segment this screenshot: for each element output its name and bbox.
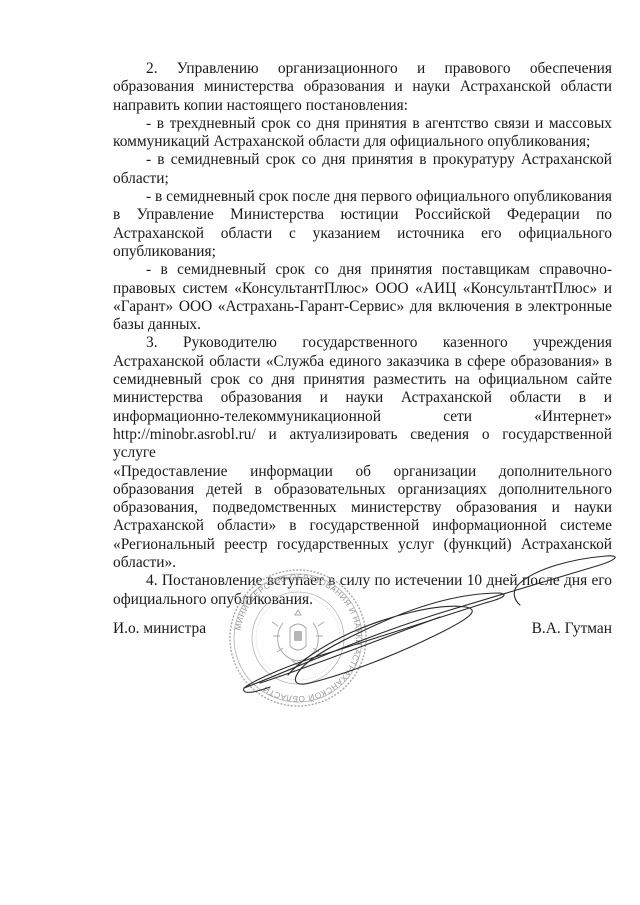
text-line: Астраханской области «Служба единого зак… [113,353,612,371]
text-line: - в семидневный срок со дня принятия в п… [113,151,612,169]
text-line: Астраханской области» в государственной … [113,517,612,535]
text-line: в Управление Министерства юстиции Россий… [113,206,612,224]
item-c-justice-ministry: - в семидневный срок после дня первого о… [113,188,612,261]
text-line: образования детей в образовательных орга… [113,481,612,499]
text-line: «Гарант» ООО «Астрахань-Гарант-Сервис» д… [113,298,612,316]
text-line: базы данных. [113,316,612,334]
item-d-legal-systems: - в семидневный срок со дня принятия пос… [113,261,612,334]
text-line: - в семидневный срок со дня принятия пос… [113,261,612,279]
paragraph-2: 2. Управлению организационного и правово… [113,60,612,115]
text-line: коммуникаций Астраханской области для оф… [113,133,612,151]
text-line: - в трехдневный срок со дня принятия в а… [113,115,612,133]
item-b-prosecutor: - в семидневный срок со дня принятия в п… [113,151,612,188]
text-line: Астраханской области с указанием источни… [113,225,612,243]
text-line: правовых систем «КонсультантПлюс» ООО «А… [113,280,612,298]
url-line: http://minobr.asrobl.ru/ и актуализирова… [113,426,612,463]
text-line: 3. Руководителю государственного казенно… [113,334,612,352]
paragraph-3: 3. Руководителю государственного казенно… [113,334,612,572]
text-line: образования, подведомственных министерст… [113,499,612,517]
text-line: «Региональный реестр государственных усл… [113,536,612,554]
text-line: области; [113,170,612,188]
text-line: информационно-телекоммуникационной сети … [113,408,612,426]
text-line: «Предоставление информации об организаци… [113,463,612,481]
text-line: 2. Управлению организационного и правово… [113,60,612,78]
text-line: образования министерства образования и н… [113,78,612,96]
signature-block: И.о. министра В.А. Гутман [113,620,612,644]
text-line: опубликования; [113,243,612,261]
document-page: 2. Управлению организационного и правово… [0,0,640,905]
signatory-name: В.А. Гутман [532,620,612,638]
document-body: 2. Управлению организационного и правово… [113,60,612,609]
text-line: семидневный срок со дня принятия размест… [113,371,612,389]
text-line: - в семидневный срок после дня первого о… [113,188,612,206]
item-a-news-agency: - в трехдневный срок со дня принятия в а… [113,115,612,152]
text-line: министерства образования и науки Астраха… [113,389,612,407]
text-line: направить копии настоящего постановления… [113,97,612,115]
signatory-position: И.о. министра [113,620,206,638]
